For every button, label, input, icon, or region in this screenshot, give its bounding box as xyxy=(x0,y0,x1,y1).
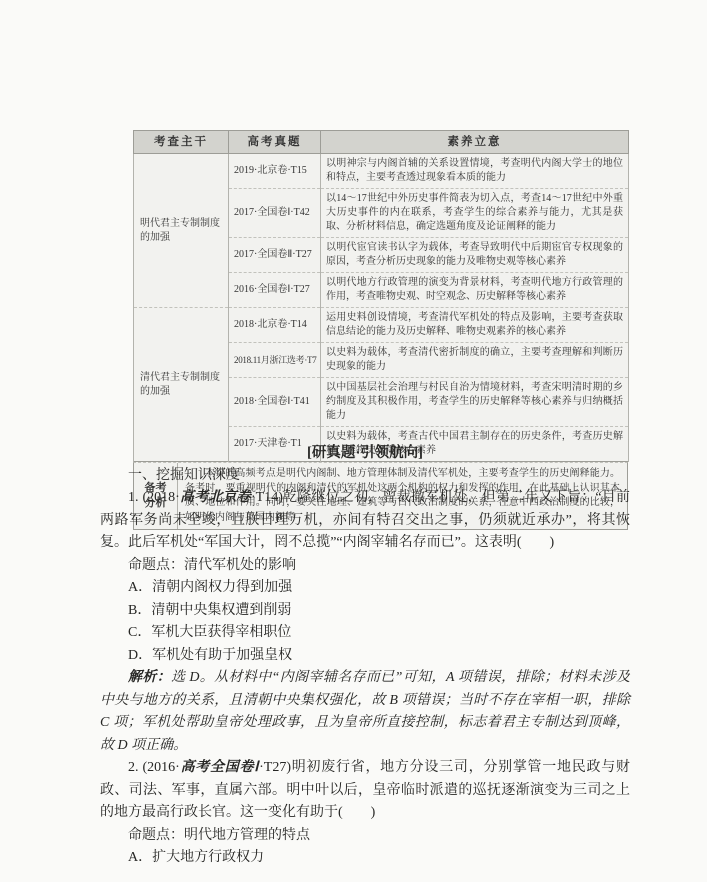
section-banner: [研真题·引领航向] xyxy=(100,442,630,465)
question-1-stem: 1.(2018·高考北京卷·T14)乾隆继位之初，曾裁撤军机处，但第二年又下旨：… xyxy=(100,487,630,555)
topic-cell-ming: 明代君主专制制度的加强 xyxy=(134,154,229,308)
desc-cell: 以明代宦官读书认字为载体，考查导致明代中后期宦官专权现象的原因，考查分析历史现象… xyxy=(321,238,629,273)
table-row: 明代君主专制制度的加强 2019·北京卷·T15 以明神宗与内阁首辅的关系设置情… xyxy=(134,154,629,189)
question-1-analysis: 解析：选 D。从材料中“内阁宰辅名存而已”可知，A 项错误，排除；材料未涉及中央… xyxy=(100,667,630,757)
subsection-title: 一、挖掘知识深度 xyxy=(100,465,630,488)
question-1-source-open: (2018· xyxy=(143,490,180,505)
question-1-option-a: A．清朝内阁权力得到加强 xyxy=(128,577,630,600)
exam-cell: 2017·全国卷Ⅰ·T42 xyxy=(229,189,321,238)
table-header-row: 考查主干 高考真题 素养立意 xyxy=(134,131,629,154)
question-1-option-b: B．清朝中央集权遭到削弱 xyxy=(128,600,630,623)
question-2-source-close: ·T27) xyxy=(259,760,291,775)
desc-cell: 以明神宗与内阁首辅的关系设置情境，考查明代内阁大学士的地位和特点，主要考查透过现… xyxy=(321,154,629,189)
col-header-intent: 素养立意 xyxy=(321,131,629,154)
question-2-source-open: (2016· xyxy=(143,760,180,775)
analysis-label: 解析： xyxy=(128,670,171,685)
exam-cell: 2016·全国卷Ⅰ·T27 xyxy=(229,273,321,308)
question-section: [研真题·引领航向] 一、挖掘知识深度 1.(2018·高考北京卷·T14)乾隆… xyxy=(100,442,630,870)
question-2-number: 2. xyxy=(128,760,139,775)
desc-cell: 以14～17世纪中外历史事件简表为切入点，考查14～17世纪中外重大历史事件的内… xyxy=(321,189,629,238)
question-1-option-d: D．军机处有助于加强皇权 xyxy=(128,645,630,668)
document-page: 考查主干 高考真题 素养立意 明代君主专制制度的加强 2019·北京卷·T15 … xyxy=(0,0,707,882)
col-header-topic: 考查主干 xyxy=(134,131,229,154)
desc-cell: 以中国基层社会治理与村民自治为情境材料，考查宋明清时期的乡约制度及其积极作用，考… xyxy=(321,378,629,427)
question-2-source: 高考全国卷Ⅰ xyxy=(180,760,259,775)
exam-cell: 2017·全国卷Ⅱ·T27 xyxy=(229,238,321,273)
question-1-point: 命题点：清代军机处的影响 xyxy=(128,555,630,578)
question-1-option-c: C．军机大臣获得宰相职位 xyxy=(128,622,630,645)
exam-cell: 2018.11月浙江选考·T7 xyxy=(229,343,321,378)
exam-cell: 2019·北京卷·T15 xyxy=(229,154,321,189)
desc-cell: 以明代地方行政管理的演变为背景材料，考查明代地方行政管理的作用，考查唯物史观、时… xyxy=(321,273,629,308)
question-2-option-a: A．扩大地方行政权力 xyxy=(128,847,630,870)
table-row: 清代君主专制制度的加强 2018·北京卷·T14 运用史料创设情境，考查清代军机… xyxy=(134,308,629,343)
desc-cell: 以史料为载体，考查清代密折制度的确立，主要考查理解和判断历史现象的能力 xyxy=(321,343,629,378)
exam-cell: 2018·北京卷·T14 xyxy=(229,308,321,343)
desc-cell: 运用史料创设情境，考查清代军机处的特点及影响，主要考查获取信息结论的能力及历史解… xyxy=(321,308,629,343)
col-header-exam: 高考真题 xyxy=(229,131,321,154)
question-2-stem: 2.(2016·高考全国卷Ⅰ·T27)明初废行省，地方分设三司，分别掌管一地民政… xyxy=(100,757,630,825)
analysis-text: 选 D。从材料中“内阁宰辅名存而已”可知，A 项错误，排除；材料未涉及中央与地方… xyxy=(100,670,630,753)
exam-cell: 2018·全国卷Ⅰ·T41 xyxy=(229,378,321,427)
review-grid: 考查主干 高考真题 素养立意 明代君主专制制度的加强 2019·北京卷·T15 … xyxy=(133,130,629,462)
question-2-point: 命题点：明代地方管理的特点 xyxy=(128,825,630,848)
question-1-source: 高考北京卷 xyxy=(180,490,251,505)
question-1-number: 1. xyxy=(128,490,139,505)
question-1-source-close: ·T14) xyxy=(251,490,283,505)
topic-cell-qing: 清代君主专制制度的加强 xyxy=(134,308,229,462)
